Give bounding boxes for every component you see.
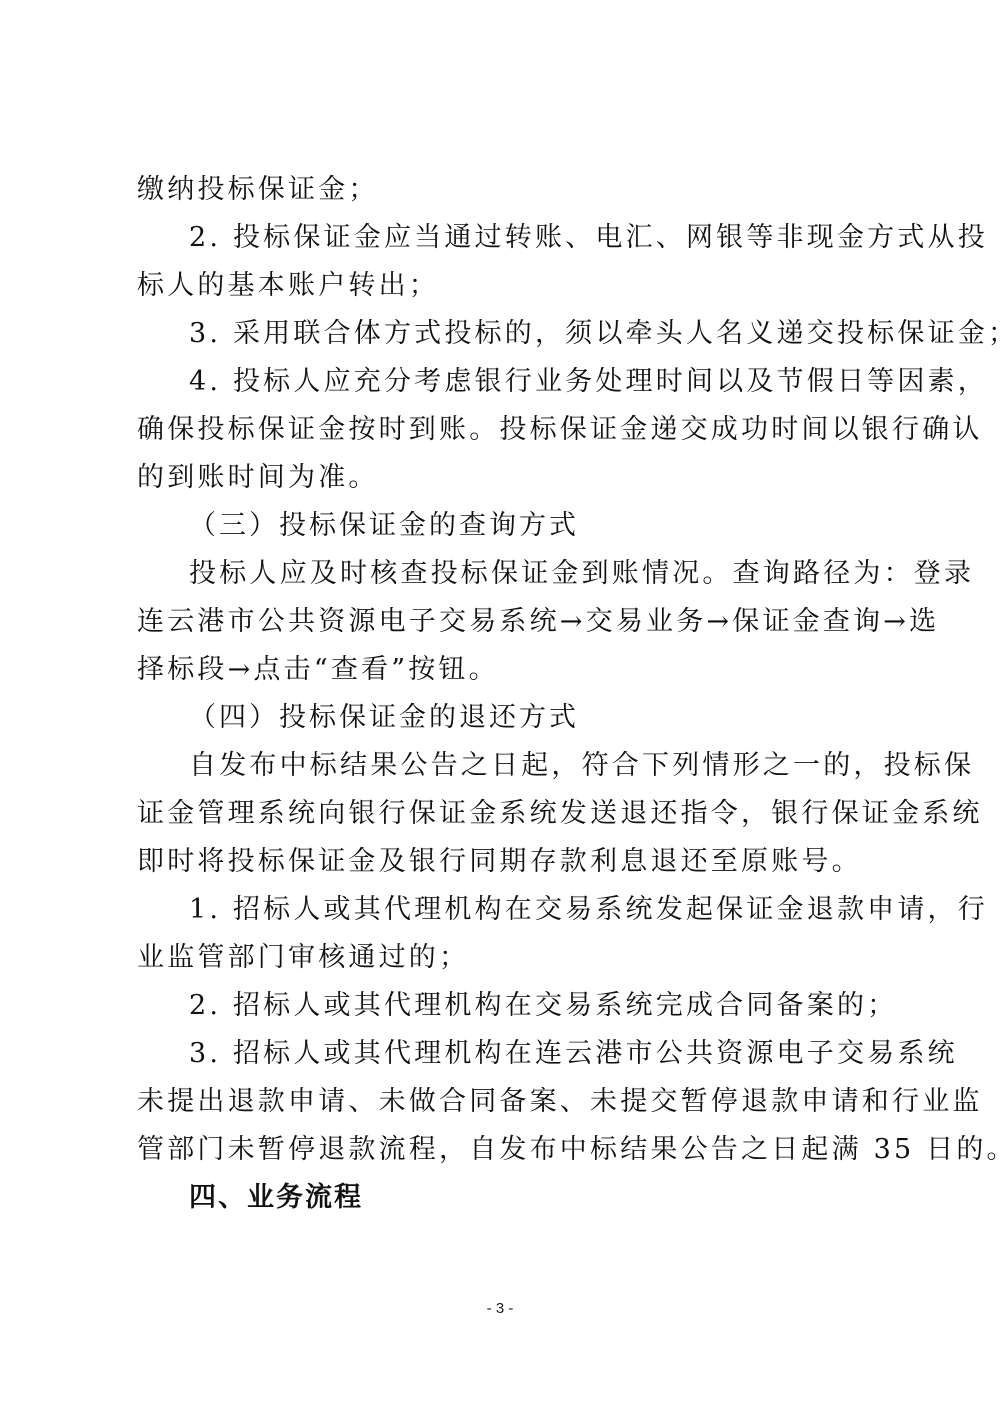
query-paragraph-line-2: 连云港市公共资源电子交易系统→交易业务→保证金查询→选 [137, 604, 877, 640]
refund-item-1-line-2: 业监管部门审核通过的； [137, 940, 877, 976]
list-item-4-line-2: 确保投标保证金按时到账。投标保证金递交成功时间以银行确认 [137, 412, 877, 448]
query-paragraph-line-3: 择标段→点击“查看”按钮。 [137, 652, 877, 688]
list-item-2-line-1: 2. 投标保证金应当通过转账、电汇、网银等非现金方式从投 [189, 220, 929, 256]
refund-item-3-line-3: 管部门未暂停退款流程，自发布中标结果公告之日起满 35 日的。 [137, 1132, 877, 1168]
page-number: - 3 - [0, 1300, 1000, 1317]
refund-item-3-line-2: 未提出退款申请、未做合同备案、未提交暂停退款申请和行业监 [137, 1084, 877, 1120]
list-item-4-line-3: 的到账时间为准。 [137, 460, 877, 496]
section-heading-business-process: 四、业务流程 [189, 1180, 929, 1216]
section-heading-query-method: （三）投标保证金的查询方式 [189, 508, 929, 544]
refund-item-1-line-1: 1. 招标人或其代理机构在交易系统发起保证金退款申请，行 [189, 892, 929, 928]
list-item-2-line-2: 标人的基本账户转出； [137, 268, 877, 304]
refund-paragraph-line-2: 证金管理系统向银行保证金系统发送退还指令，银行保证金系统 [137, 796, 877, 832]
list-item-4-line-1: 4. 投标人应充分考虑银行业务处理时间以及节假日等因素， [189, 364, 929, 400]
query-paragraph-line-1: 投标人应及时核查投标保证金到账情况。查询路径为：登录 [189, 556, 929, 592]
refund-item-2: 2. 招标人或其代理机构在交易系统完成合同备案的； [189, 988, 929, 1024]
refund-item-3-line-1: 3. 招标人或其代理机构在连云港市公共资源电子交易系统 [189, 1036, 929, 1072]
section-heading-refund-method: （四）投标保证金的退还方式 [189, 700, 929, 736]
refund-paragraph-line-3: 即时将投标保证金及银行同期存款利息退还至原账号。 [137, 844, 877, 880]
refund-paragraph-line-1: 自发布中标结果公告之日起，符合下列情形之一的，投标保 [189, 748, 929, 784]
list-item-3: 3. 采用联合体方式投标的，须以牵头人名义递交投标保证金； [189, 316, 929, 352]
paragraph-line-continuation: 缴纳投标保证金； [137, 172, 877, 208]
document-page: 缴纳投标保证金； 2. 投标保证金应当通过转账、电汇、网银等非现金方式从投 标人… [0, 0, 1000, 1414]
